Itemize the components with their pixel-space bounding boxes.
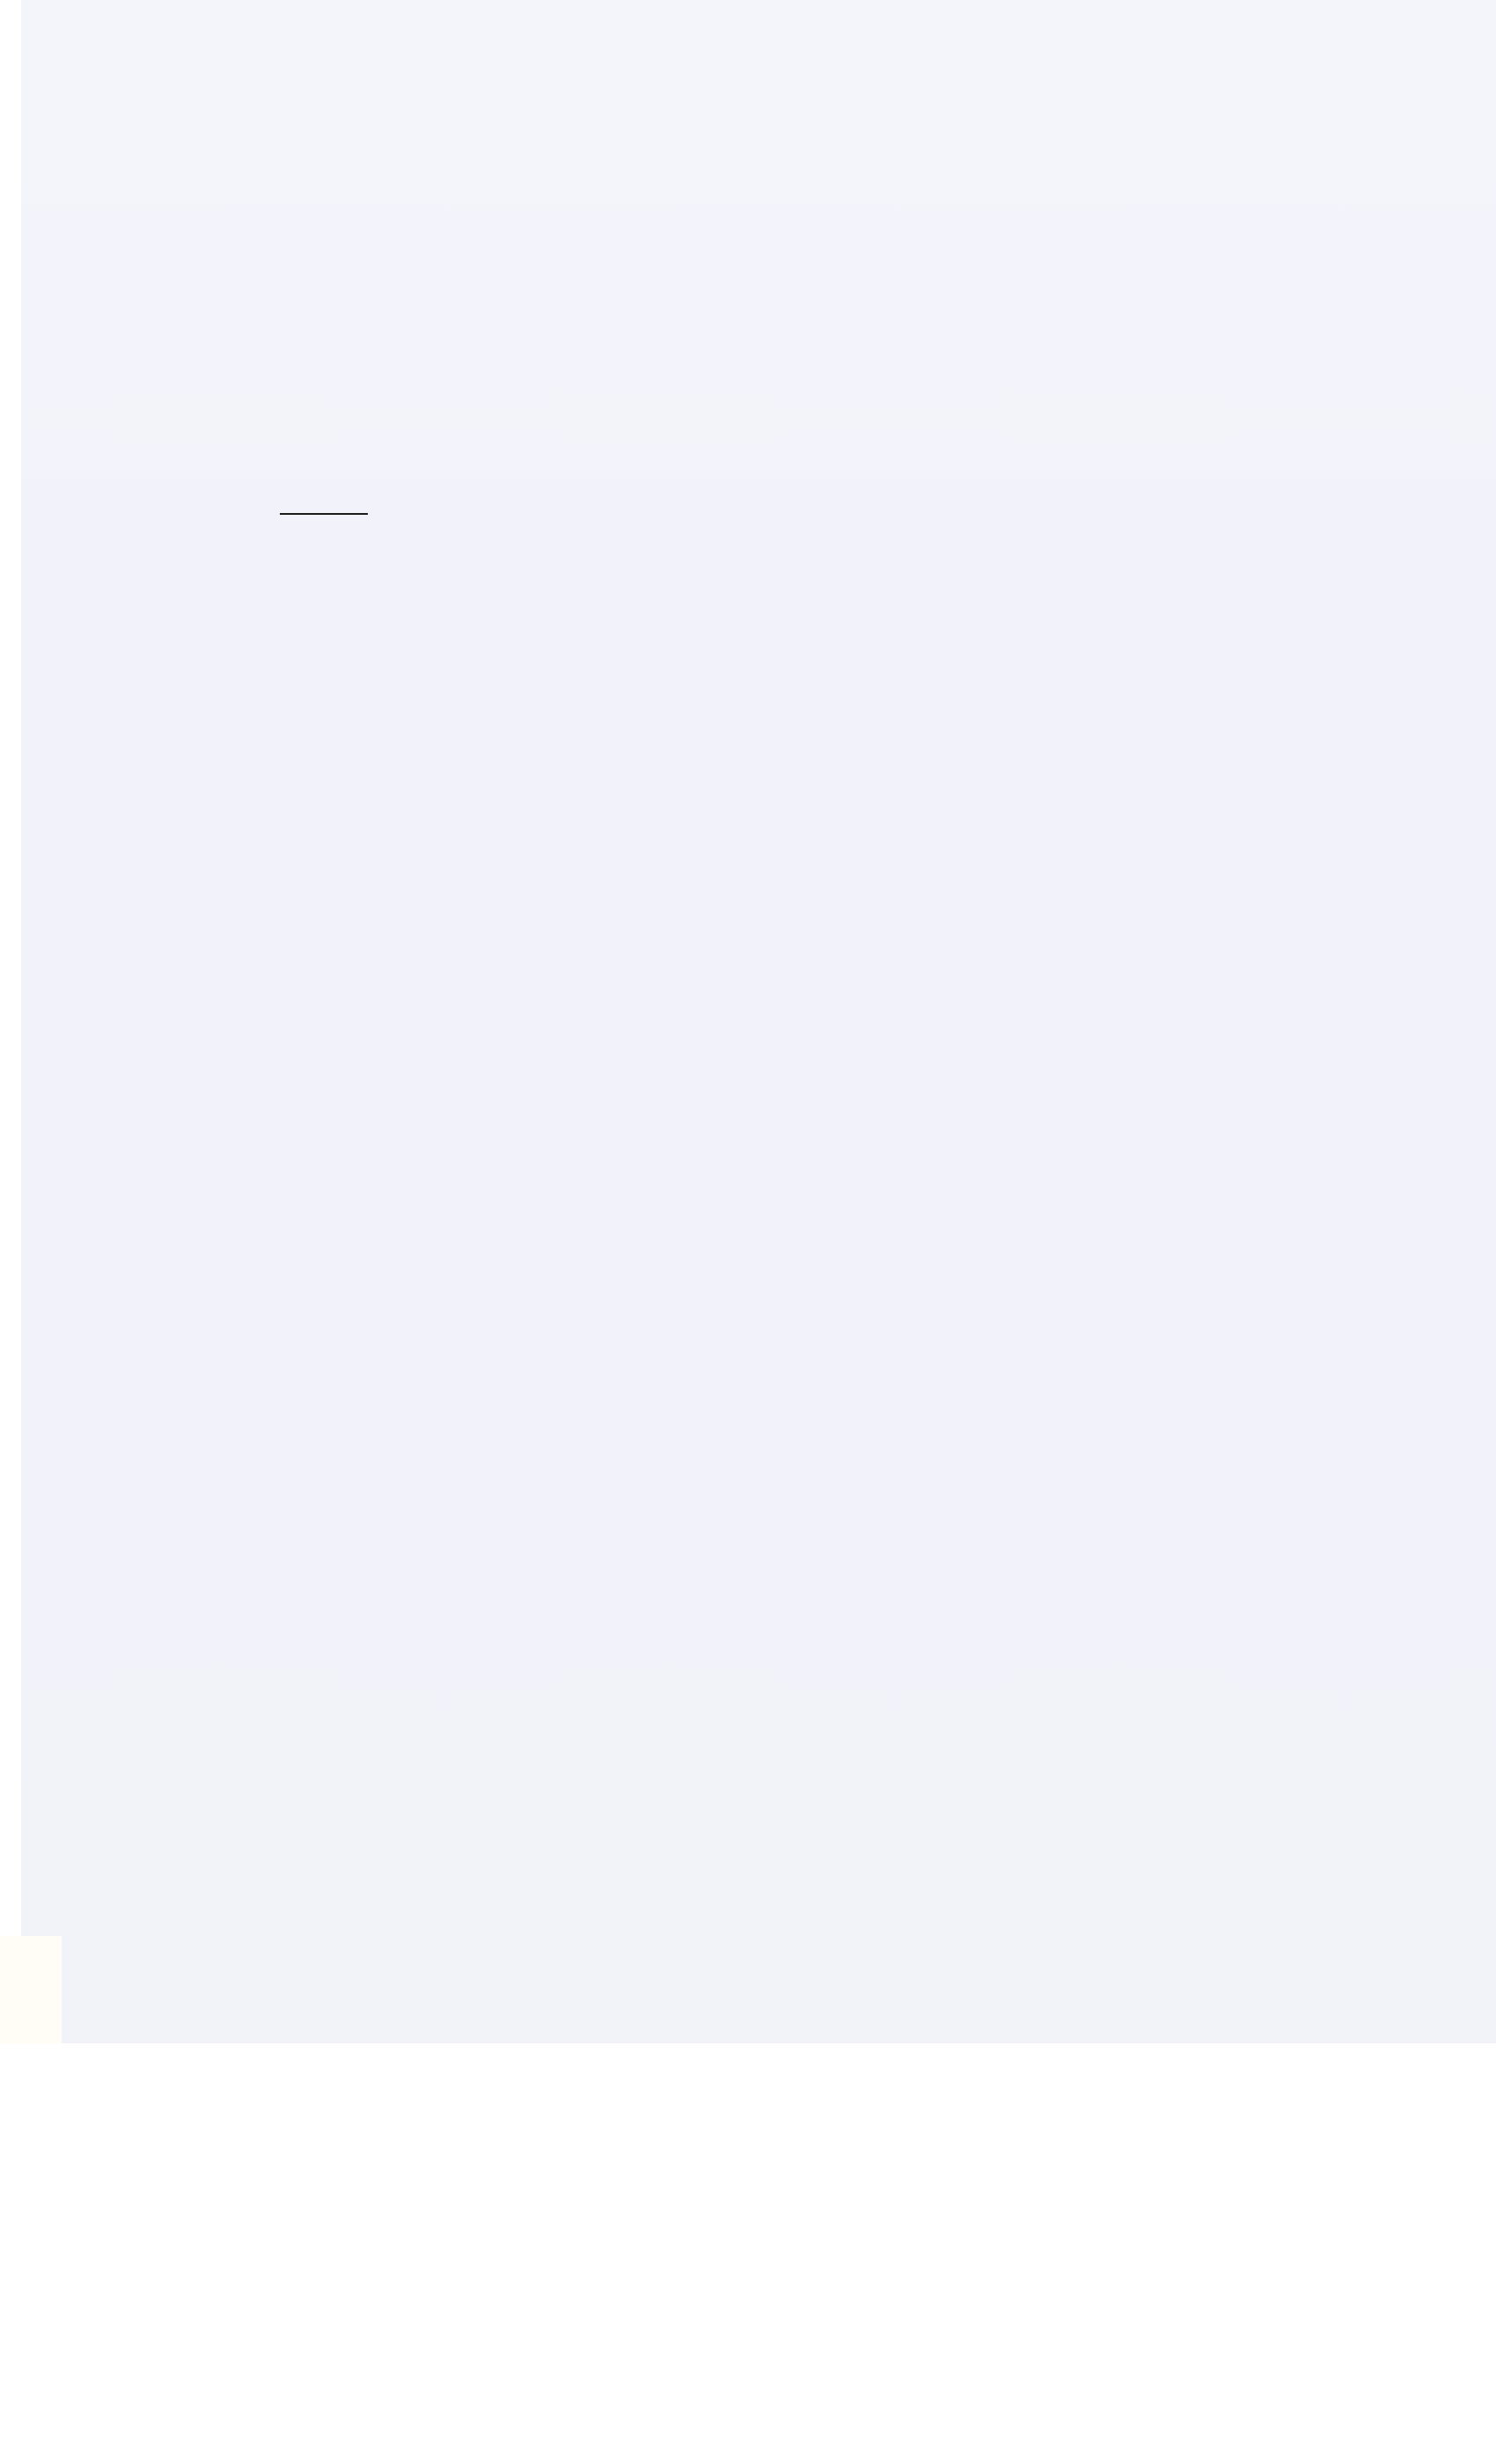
scanned-page (21, 0, 1496, 2043)
scan-edge (0, 1936, 62, 2043)
community-underline (280, 513, 368, 515)
